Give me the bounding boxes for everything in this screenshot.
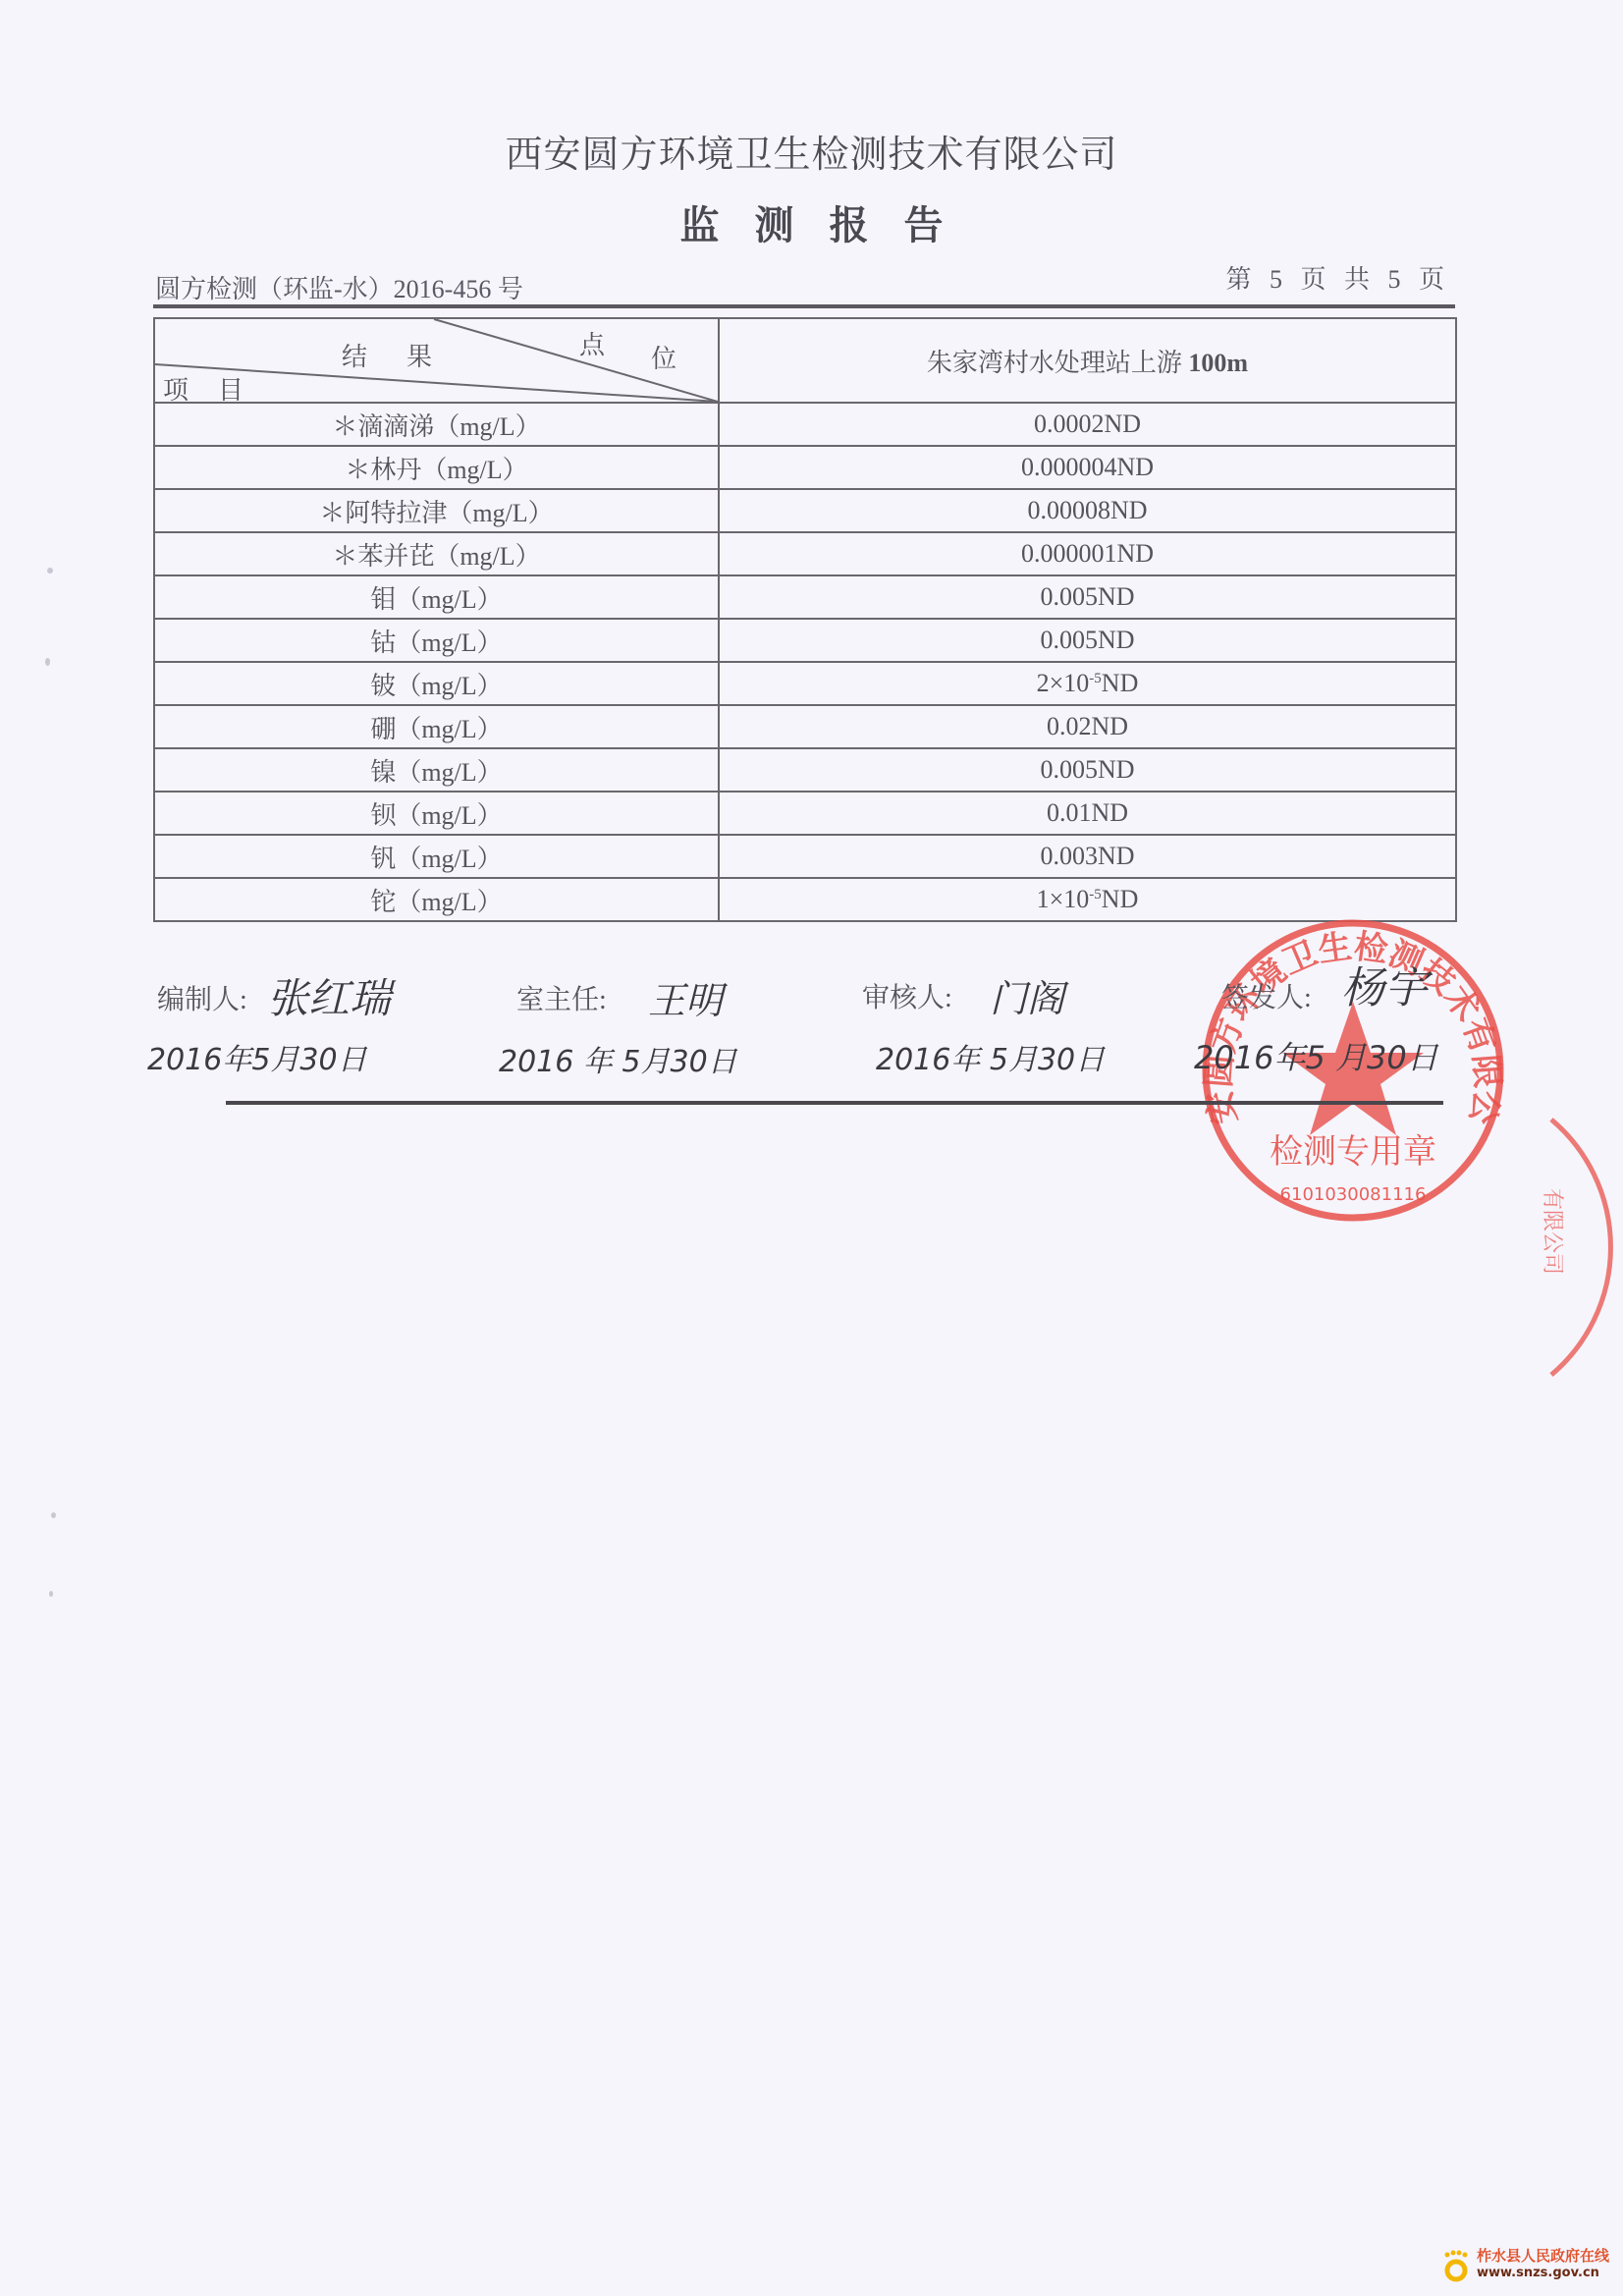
page-indicator: 第 5 页 共 5 页: [1225, 259, 1450, 296]
scan-speck: [47, 568, 53, 574]
report-title: 监测报告: [0, 194, 1623, 250]
document-number: 圆方检测（环监-水）2016-456 号: [155, 269, 523, 305]
reviewer-signature: 门阁: [990, 968, 1064, 1022]
issuer-date: 2016年5 月30日: [1194, 1033, 1438, 1078]
item-cell: 镍（mg/L）: [154, 748, 719, 792]
value-cell: 0.000001ND: [719, 532, 1456, 575]
svg-text:6101030081116: 6101030081116: [1280, 1184, 1427, 1205]
results-table: 结果 点 位 项目 朱家湾村水处理站上游 100m ＊滴滴涕（mg/L）0.00…: [153, 317, 1457, 922]
item-cell: 硼（mg/L）: [154, 705, 719, 748]
value-exponent: -5: [1089, 671, 1102, 686]
table-row: ＊阿特拉津（mg/L）0.00008ND: [154, 489, 1456, 532]
table-row: ＊滴滴涕（mg/L）0.0002ND: [154, 403, 1456, 446]
item-cell: ＊滴滴涕（mg/L）: [154, 403, 719, 446]
location-header: 朱家湾村水处理站上游 100m: [719, 318, 1456, 403]
watermark-url[interactable]: www.snzs.gov.cn: [1477, 2266, 1609, 2280]
svg-text:检测专用章: 检测专用章: [1270, 1132, 1436, 1172]
value-cell: 0.005ND: [719, 748, 1456, 792]
value-cell: 0.0002ND: [719, 403, 1456, 446]
value-cell: 0.005ND: [719, 619, 1456, 662]
point-label-1: 点: [579, 325, 605, 361]
company-name: 西安圆方环境卫生检测技术有限公司: [0, 124, 1623, 178]
table-row: ＊林丹（mg/L）0.000004ND: [154, 446, 1456, 489]
watermark-title: 柞水县人民政府在线: [1477, 2245, 1609, 2266]
header-rule: [153, 304, 1455, 308]
svg-text:有限公司: 有限公司: [1540, 1188, 1564, 1275]
value-exponent: -5: [1089, 887, 1102, 902]
diagonal-header-cell: 结果 点 位 项目: [154, 318, 719, 403]
table-row: ＊苯并芘（mg/L）0.000001ND: [154, 532, 1456, 575]
issuer-signature: 杨宇: [1341, 953, 1428, 1015]
item-cell: 钼（mg/L）: [154, 575, 719, 619]
issuer-label: 签发人:: [1221, 976, 1312, 1015]
location-name: 朱家湾村水处理站上游: [927, 349, 1189, 377]
table-header-row: 结果 点 位 项目 朱家湾村水处理站上游 100m: [154, 318, 1456, 403]
scan-speck: [45, 658, 50, 666]
watermark: 柞水县人民政府在线 www.snzs.gov.cn: [1477, 2245, 1609, 2280]
compiler-signature: 张红瑞: [267, 966, 391, 1025]
director-label: 室主任:: [516, 978, 607, 1017]
watermark-logo-icon: [1441, 2249, 1471, 2282]
table-row: 钡（mg/L）0.01ND: [154, 792, 1456, 835]
value-cell: 0.01ND: [719, 792, 1456, 835]
item-cell: 铍（mg/L）: [154, 662, 719, 705]
item-cell: 钒（mg/L）: [154, 835, 719, 878]
item-cell: ＊苯并芘（mg/L）: [154, 532, 719, 575]
item-label: 项目: [163, 370, 273, 407]
scan-speck: [49, 1591, 53, 1597]
scan-speck: [51, 1512, 56, 1518]
value-cell: 0.00008ND: [719, 489, 1456, 532]
value-suffix: ND: [1102, 669, 1139, 697]
edge-stamp: 有限公司: [1532, 1110, 1620, 1385]
value-cell: 0.003ND: [719, 835, 1456, 878]
table-row: 硼（mg/L）0.02ND: [154, 705, 1456, 748]
point-label-2: 位: [651, 339, 676, 375]
value-base: 2×10: [1037, 669, 1090, 697]
director-date: 2016 年 5月30日: [499, 1037, 737, 1080]
item-cell: ＊阿特拉津（mg/L）: [154, 489, 719, 532]
item-cell: 钴（mg/L）: [154, 619, 719, 662]
table-row: 钴（mg/L）0.005ND: [154, 619, 1456, 662]
table-row: 钒（mg/L）0.003ND: [154, 835, 1456, 878]
signature-rule: [226, 1101, 1443, 1105]
item-cell: 铊（mg/L）: [154, 878, 719, 921]
value-cell: 0.005ND: [719, 575, 1456, 619]
table-row: 钼（mg/L）0.005ND: [154, 575, 1456, 619]
table-row: 铍（mg/L）2×10-5ND: [154, 662, 1456, 705]
value-cell: 2×10-5ND: [719, 662, 1456, 705]
table-row: 镍（mg/L）0.005ND: [154, 748, 1456, 792]
item-cell: ＊林丹（mg/L）: [154, 446, 719, 489]
value-base: 1×10: [1037, 885, 1090, 913]
compiler-date: 2016年5月30日: [147, 1035, 367, 1078]
value-cell: 0.02ND: [719, 705, 1456, 748]
result-label: 结果: [342, 337, 471, 373]
compiler-label: 编制人:: [157, 978, 247, 1017]
reviewer-label: 审核人:: [862, 976, 952, 1015]
reviewer-date: 2016年 5月30日: [876, 1035, 1105, 1078]
value-cell: 0.000004ND: [719, 446, 1456, 489]
value-suffix: ND: [1102, 885, 1139, 913]
location-distance: 100m: [1188, 349, 1248, 377]
item-cell: 钡（mg/L）: [154, 792, 719, 835]
director-signature: 王明: [648, 970, 723, 1024]
